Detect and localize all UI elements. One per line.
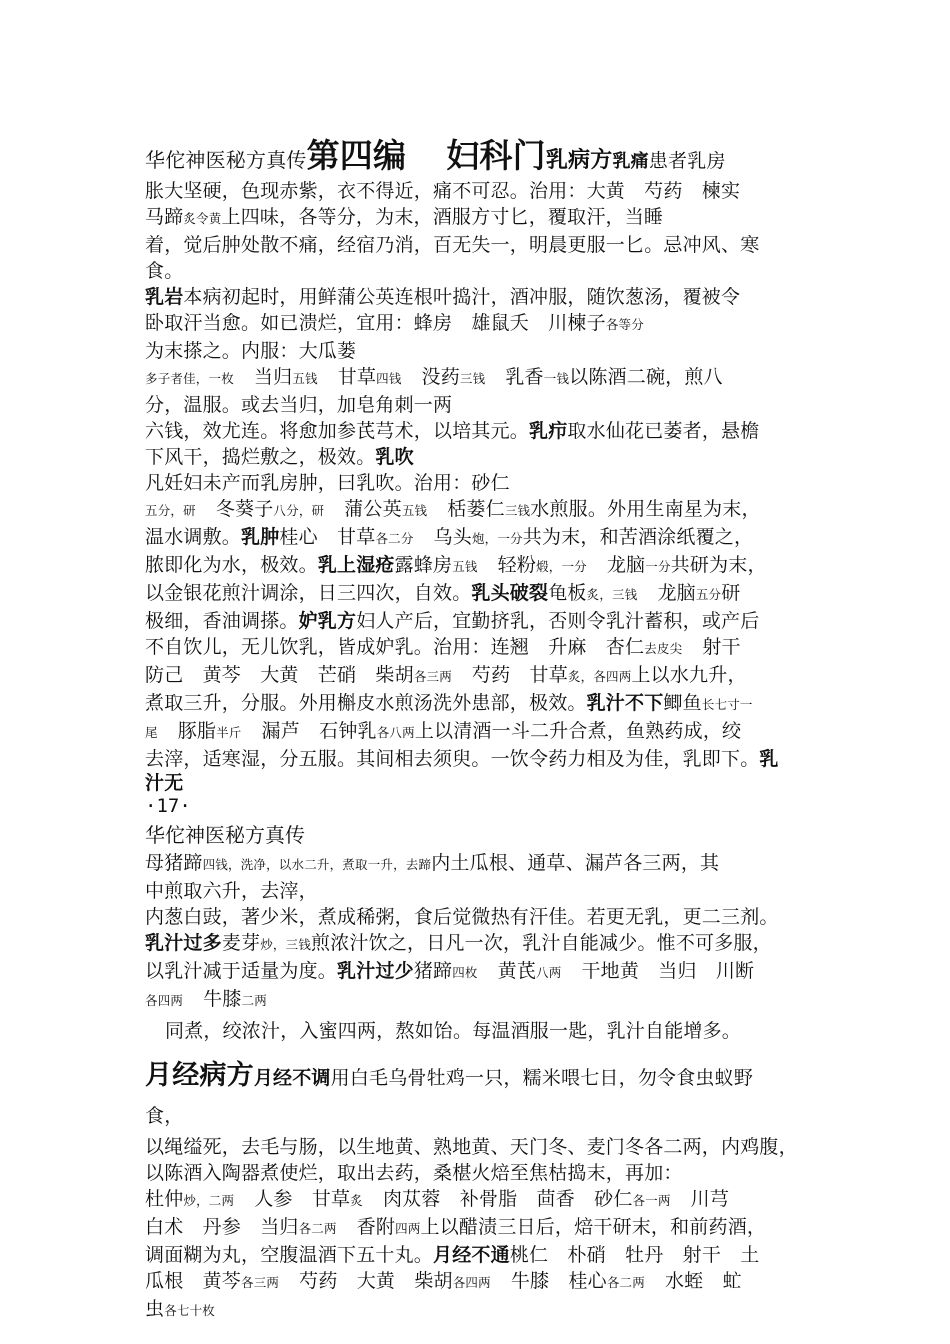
- paragraph-line: 多子者佳，一枚当归五钱甘草四钱没药三钱乳香一钱以陈酒二碗，煎八: [145, 364, 815, 392]
- text: 用白毛乌骨牡鸡一只，糯米喂七日，勿令食虫蚁野: [331, 1067, 753, 1089]
- paragraph-line: 调面糊为丸，空腹温酒下五十丸。月经不通桃仁 朴硝 牡丹 射干 土: [145, 1242, 815, 1268]
- text: 甘草: [338, 366, 376, 388]
- section-title-breast-diseases: 乳病方: [546, 148, 613, 173]
- paragraph-line: 煮取三升，分服。外用槲皮水煎汤洗外患部，极效。乳汁不下鲫鱼长七寸一: [145, 690, 815, 718]
- text: 芍药 大黄 柴胡: [299, 1270, 453, 1292]
- paragraph-line: 防己 黄芩 大黄 芒硝 柴胡各三两芍药 甘草炙，各四两上以水九升，: [145, 662, 815, 690]
- paragraph-line: 极细，香油调搽。妒乳方妇人产后，宜勤挤乳，否则令乳汁蓄积，或产后: [145, 608, 815, 634]
- annotation: 八两: [536, 965, 561, 980]
- text: 芍药 甘草: [472, 664, 568, 686]
- annotation: 三钱: [505, 503, 530, 518]
- text: 乳香: [505, 366, 543, 388]
- text: 麦芽: [222, 932, 260, 954]
- text: 食，: [145, 1105, 183, 1127]
- heading-breast-swelling: 乳肿: [241, 526, 279, 548]
- paragraph-line: 不自饮儿，无儿饮乳，皆成妒乳。治用：连翘 升麻 杏仁去皮尖射干: [145, 634, 815, 662]
- text: 栝蒌仁: [447, 498, 505, 520]
- text: 以陈酒二碗，煎八: [569, 366, 723, 388]
- text: 上四味，各等分，为末，酒服方寸匕，覆取汗，当睡: [222, 206, 664, 228]
- annotation: 各一两: [633, 1193, 671, 1208]
- text: 杜仲: [145, 1188, 183, 1210]
- text: 煎浓汁饮之，日凡一次，乳汁自能减少。惟不可多服，: [311, 932, 772, 954]
- text: 虫: [145, 1298, 164, 1320]
- heading-excess-milk: 乳汁过多: [145, 932, 222, 954]
- annotation: 各八两: [377, 725, 415, 740]
- annotation: 各二两: [607, 1275, 645, 1290]
- annotation: 炙令黄: [183, 211, 221, 226]
- heading-no-lactation: 乳汁不下: [587, 692, 664, 714]
- text: 食。: [145, 260, 183, 282]
- text: 不自饮儿，无儿饮乳，皆成妒乳。治用：连翘 升麻 杏仁: [145, 636, 644, 658]
- text: 上以水九升，: [631, 664, 746, 686]
- text: 川芎: [691, 1188, 729, 1210]
- paragraph-line: 凡妊妇未产而乳房肿，曰乳吹。治用：砂仁: [145, 470, 815, 496]
- paragraph-line: 五分，研冬葵子八分，研蒲公英五钱栝蒌仁三钱水煎服。外用生南星为末，: [145, 496, 815, 524]
- paragraph-line: 分，温服。或去当归，加皂角刺一两: [145, 392, 815, 418]
- annotation: 去皮尖: [644, 641, 682, 656]
- text: 水煎服。外用生南星为末，: [530, 498, 760, 520]
- text: 分，温服。或去当归，加皂角刺一两: [145, 394, 452, 416]
- heading-mastitis: 乳吹: [375, 446, 413, 468]
- annotation: 炙，各四两: [568, 669, 632, 684]
- text: 蒲公英: [344, 498, 402, 520]
- annotation: 炒，三钱: [260, 937, 311, 952]
- paragraph-line: 乳汁过多麦芽炒，三钱煎浓汁饮之，日凡一次，乳汁自能减少。惟不可多服，: [145, 930, 815, 958]
- text: 马蹄: [145, 206, 183, 228]
- text: 母猪蹄: [145, 852, 203, 874]
- annotation: 炮，一分: [472, 531, 523, 546]
- text: 黄芪: [498, 960, 536, 982]
- paragraph-line: 去滓，适寒湿，分五服。其间相去须臾。一饮令药力相及为佳，乳即下。乳: [145, 746, 815, 772]
- paragraph-line: 以金银花煎汁调涂，日三四次，自效。乳头破裂龟板炙，三钱龙脑五分研: [145, 580, 815, 608]
- text: 共为末，和苦酒涂纸覆之，: [523, 526, 753, 548]
- annotation: 五钱: [292, 371, 317, 386]
- text: 桃仁 朴硝 牡丹 射干 土: [510, 1244, 760, 1266]
- text: 防己 黄芩 大黄 芒硝 柴胡: [145, 664, 414, 686]
- heading-absent-milk: 汁无: [145, 772, 183, 794]
- text: 患者乳房: [649, 150, 726, 172]
- text: 取水仙花已萎者，悬檐: [567, 420, 759, 442]
- heading-irregular-menstruation: 月经不调: [254, 1067, 331, 1089]
- text: 共研为末，: [671, 554, 767, 576]
- text: 为末搽之。内服：大瓜蒌: [145, 340, 356, 362]
- annotation: 一分: [645, 559, 670, 574]
- paragraph-line: 以乳汁减于适量为度。乳汁过少猪蹄四枚黄芪八两干地黄 当归 川断: [145, 958, 815, 986]
- paragraph-line: 以绳缢死，去毛与肠，以生地黄、熟地黄、天门冬、麦门冬各二两，内鸡腹，: [145, 1134, 815, 1160]
- text: 极细，香油调搽。: [145, 610, 299, 632]
- text: 干地黄 当归 川断: [581, 960, 754, 982]
- text: 内土瓜根、通草、漏芦各三两，其: [431, 852, 719, 874]
- annotation: 四两: [395, 1221, 420, 1236]
- paragraph-line: 着，觉后肿处散不痛，经宿乃消，百无失一，明晨更服一匕。忌冲风、寒: [145, 232, 815, 258]
- paragraph-line: 中煎取六升，去滓，: [145, 878, 815, 904]
- page-number: ·17·: [145, 794, 815, 818]
- text: 本病初起时，用鲜蒲公英连根叶捣汁，酒冲服，随饮葱汤，覆被令: [183, 286, 740, 308]
- annotation: 长七寸一: [702, 697, 753, 712]
- text: 上以醋渍三日后，焙干研末，和前药酒，: [421, 1216, 767, 1238]
- annotation: 五钱: [452, 559, 477, 574]
- paragraph-line: 下风干，捣烂敷之，极效。乳吹: [145, 444, 815, 470]
- text: 下风干，捣烂敷之，极效。: [145, 446, 375, 468]
- running-header: 华佗神医秘方真传: [145, 148, 307, 172]
- text: 牛膝 桂心: [511, 1270, 607, 1292]
- paragraph-line: 瓜根 黄芩各三两芍药 大黄 柴胡各四两牛膝 桂心各二两水蛭 虻: [145, 1268, 815, 1296]
- text: 同煮，绞浓汁，入蜜四两，熬如饴。每温酒服一匙，乳汁自能增多。: [165, 1020, 741, 1042]
- annotation: 各三两: [241, 1275, 279, 1290]
- annotation: 三钱: [460, 371, 485, 386]
- annotation: 各七十枚: [164, 1303, 215, 1318]
- annotation: 多子者佳，一枚: [145, 371, 234, 386]
- text: 卧取汗当愈。如已溃烂，宜用：蜂房 雄鼠夭 川楝子: [145, 312, 606, 334]
- text: 胀大坚硬，色现赤紫，衣不得近，痛不可忍。治用：大黄 芍药 楝实: [145, 180, 740, 202]
- text: 六钱，效尤连。将愈加参芪芎术，以培其元。: [145, 420, 529, 442]
- part-title: 第四编: [307, 136, 407, 175]
- text: 煮取三升，分服。外用槲皮水煎汤洗外患部，极效。: [145, 692, 587, 714]
- paragraph-line: 食，: [145, 1098, 815, 1134]
- text: 着，觉后肿处散不痛，经宿乃消，百无失一，明晨更服一匕。忌冲风、寒: [145, 234, 759, 256]
- annotation: 各二两: [299, 1221, 337, 1236]
- annotation: 炒，二两: [183, 1193, 234, 1208]
- annotation: 炙: [350, 1193, 363, 1208]
- annotation: 炙，三钱: [587, 587, 638, 602]
- heading-cracked-nipple: 乳头破裂: [471, 582, 548, 604]
- paragraph-line: 白术 丹参 当归各二两香附四两上以醋渍三日后，焙干研末，和前药酒，: [145, 1214, 815, 1242]
- heading-milk-stasis: 妒乳方: [299, 610, 357, 632]
- annotation: 四枚: [452, 965, 477, 980]
- text: 研: [721, 582, 740, 604]
- text: 内葱白豉，著少米，煮成稀粥，食后觉微热有汗佳。若更无乳，更二三剂。: [145, 906, 779, 928]
- paragraph-line: 以陈酒入陶器煮使烂，取出去药，桑椹火焙至焦枯捣末，再加：: [145, 1160, 815, 1186]
- text: 上以清酒一斗二升合煮，鱼熟药成，绞: [415, 720, 741, 742]
- annotation: 煅，一分: [536, 559, 587, 574]
- division-title: 妇科门: [446, 136, 546, 175]
- text: 人参 甘草: [254, 1188, 350, 1210]
- text: 中煎取六升，去滓，: [145, 880, 318, 902]
- text: 牛膝: [203, 988, 241, 1010]
- text: 轻粉: [498, 554, 536, 576]
- text: 漏芦 石钟乳: [262, 720, 377, 742]
- text: 冬葵子: [216, 498, 274, 520]
- paragraph-line: 卧取汗当愈。如已溃烂，宜用：蜂房 雄鼠夭 川楝子各等分: [145, 310, 815, 338]
- annotation: 一钱: [544, 371, 569, 386]
- text: 温水调敷。: [145, 526, 241, 548]
- text: 以乳汁减于适量为度。: [145, 960, 337, 982]
- paragraph-line: 温水调敷。乳肿桂心 甘草各二分乌头炮，一分共为末，和苦酒涂纸覆之，: [145, 524, 815, 552]
- paragraph-line: 各四两牛膝二两: [145, 986, 815, 1014]
- paragraph-line: 食。: [145, 258, 815, 284]
- text: 鲫鱼: [663, 692, 701, 714]
- heading-breast-boil: 乳疖: [529, 420, 567, 442]
- heading-breast-cancer: 乳岩: [145, 286, 183, 308]
- text: 露蜂房: [395, 554, 453, 576]
- heading-breast-pain: 乳痛: [612, 151, 648, 172]
- text: 没药: [422, 366, 460, 388]
- paragraph-line: 乳岩本病初起时，用鲜蒲公英连根叶捣汁，酒冲服，随饮葱汤，覆被令: [145, 284, 815, 310]
- text: 豚脂: [178, 720, 216, 742]
- annotation: 五钱: [402, 503, 427, 518]
- text: 调面糊为丸，空腹温酒下五十丸。: [145, 1244, 433, 1266]
- annotation: 五分: [696, 587, 721, 602]
- paragraph-line: 虫各七十枚: [145, 1296, 815, 1324]
- text: 香附: [357, 1216, 395, 1238]
- text: 水蛭 虻: [665, 1270, 742, 1292]
- text: 凡妊妇未产而乳房肿，曰乳吹。治用：砂仁: [145, 472, 510, 494]
- paragraph-line: 脓即化为水，极效。乳上湿疮露蜂房五钱轻粉煅，一分龙脑一分共研为末，: [145, 552, 815, 580]
- text: 瓜根 黄芩: [145, 1270, 241, 1292]
- text: 乌头: [434, 526, 472, 548]
- text: 去滓，适寒湿，分五服。其间相去须臾。一饮令药力相及为佳，乳即下。: [145, 748, 759, 770]
- text: 以绳缢死，去毛与肠，以生地黄、熟地黄、天门冬、麦门冬各二两，内鸡腹，: [145, 1136, 798, 1158]
- annotation: 各三两: [414, 669, 452, 684]
- annotation: 尾: [145, 725, 158, 740]
- text: 妇人产后，宜勤挤乳，否则令乳汁蓄积，或产后: [356, 610, 759, 632]
- heading-amenorrhea: 月经不通: [433, 1244, 510, 1266]
- text: 当归: [254, 366, 292, 388]
- paragraph-line: 尾豚脂半斤漏芦 石钟乳各八两上以清酒一斗二升合煮，鱼熟药成，绞: [145, 718, 815, 746]
- text: 以陈酒入陶器煮使烂，取出去药，桑椹火焙至焦枯捣末，再加：: [145, 1162, 683, 1184]
- annotation: 各等分: [606, 317, 644, 332]
- paragraph-line: 汁无: [145, 772, 815, 794]
- annotation: 各四两: [145, 993, 183, 1008]
- paragraph-line: 母猪蹄四钱，洗净，以水二升，煮取一升，去蹄内土瓜根、通草、漏芦各三两，其: [145, 850, 815, 878]
- text: 射干: [702, 636, 740, 658]
- annotation: 各二分: [375, 531, 413, 546]
- paragraph-line: 内葱白豉，著少米，煮成稀粥，食后觉微热有汗佳。若更无乳，更二三剂。: [145, 904, 815, 930]
- text: 肉苁蓉 补骨脂 茴香 砂仁: [383, 1188, 633, 1210]
- text: 龙脑: [657, 582, 695, 604]
- text: 猪蹄: [414, 960, 452, 982]
- document-page: 华佗神医秘方真传第四编妇科门乳病方乳痛患者乳房 胀大坚硬，色现赤紫，衣不得近，痛…: [145, 136, 815, 1324]
- title-line: 华佗神医秘方真传第四编妇科门乳病方乳痛患者乳房: [145, 136, 815, 182]
- paragraph-line: 月经病方月经不调用白毛乌骨牡鸡一只，糯米喂七日，勿令食虫蚁野: [145, 1056, 815, 1098]
- paragraph-line: 胀大坚硬，色现赤紫，衣不得近，痛不可忍。治用：大黄 芍药 楝实: [145, 178, 815, 204]
- heading-breast-eczema: 乳上湿疮: [318, 554, 395, 576]
- annotation: 五分，研: [145, 503, 196, 518]
- heading-absent-milk: 乳: [759, 748, 778, 770]
- annotation: 四钱: [376, 371, 401, 386]
- running-header: 华佗神医秘方真传: [145, 820, 815, 850]
- paragraph-line: 为末搽之。内服：大瓜蒌: [145, 338, 815, 364]
- annotation: 各四两: [453, 1275, 491, 1290]
- text: 脓即化为水，极效。: [145, 554, 318, 576]
- annotation: 四钱，洗净，以水二升，煮取一升，去蹄: [203, 857, 432, 872]
- paragraph-line: 同煮，绞浓汁，入蜜四两，熬如饴。每温酒服一匙，乳汁自能增多。: [145, 1014, 815, 1048]
- paragraph-line: 杜仲炒，二两人参 甘草炙肉苁蓉 补骨脂 茴香 砂仁各一两川芎: [145, 1186, 815, 1214]
- annotation: 八分，研: [273, 503, 324, 518]
- annotation: 半斤: [216, 725, 241, 740]
- heading-scant-milk: 乳汁过少: [337, 960, 414, 982]
- paragraph-line: 马蹄炙令黄上四味，各等分，为末，酒服方寸匕，覆取汗，当睡: [145, 204, 815, 232]
- annotation: 二两: [242, 993, 267, 1008]
- text: 白术 丹参 当归: [145, 1216, 299, 1238]
- text: 以金银花煎汁调涂，日三四次，自效。: [145, 582, 471, 604]
- text: 龙脑: [607, 554, 645, 576]
- text: 龟板: [548, 582, 586, 604]
- section-title-menstrual-diseases: 月经病方: [145, 1060, 254, 1091]
- paragraph-line: 六钱，效尤连。将愈加参芪芎术，以培其元。乳疖取水仙花已萎者，悬檐: [145, 418, 815, 444]
- text: 桂心 甘草: [279, 526, 375, 548]
